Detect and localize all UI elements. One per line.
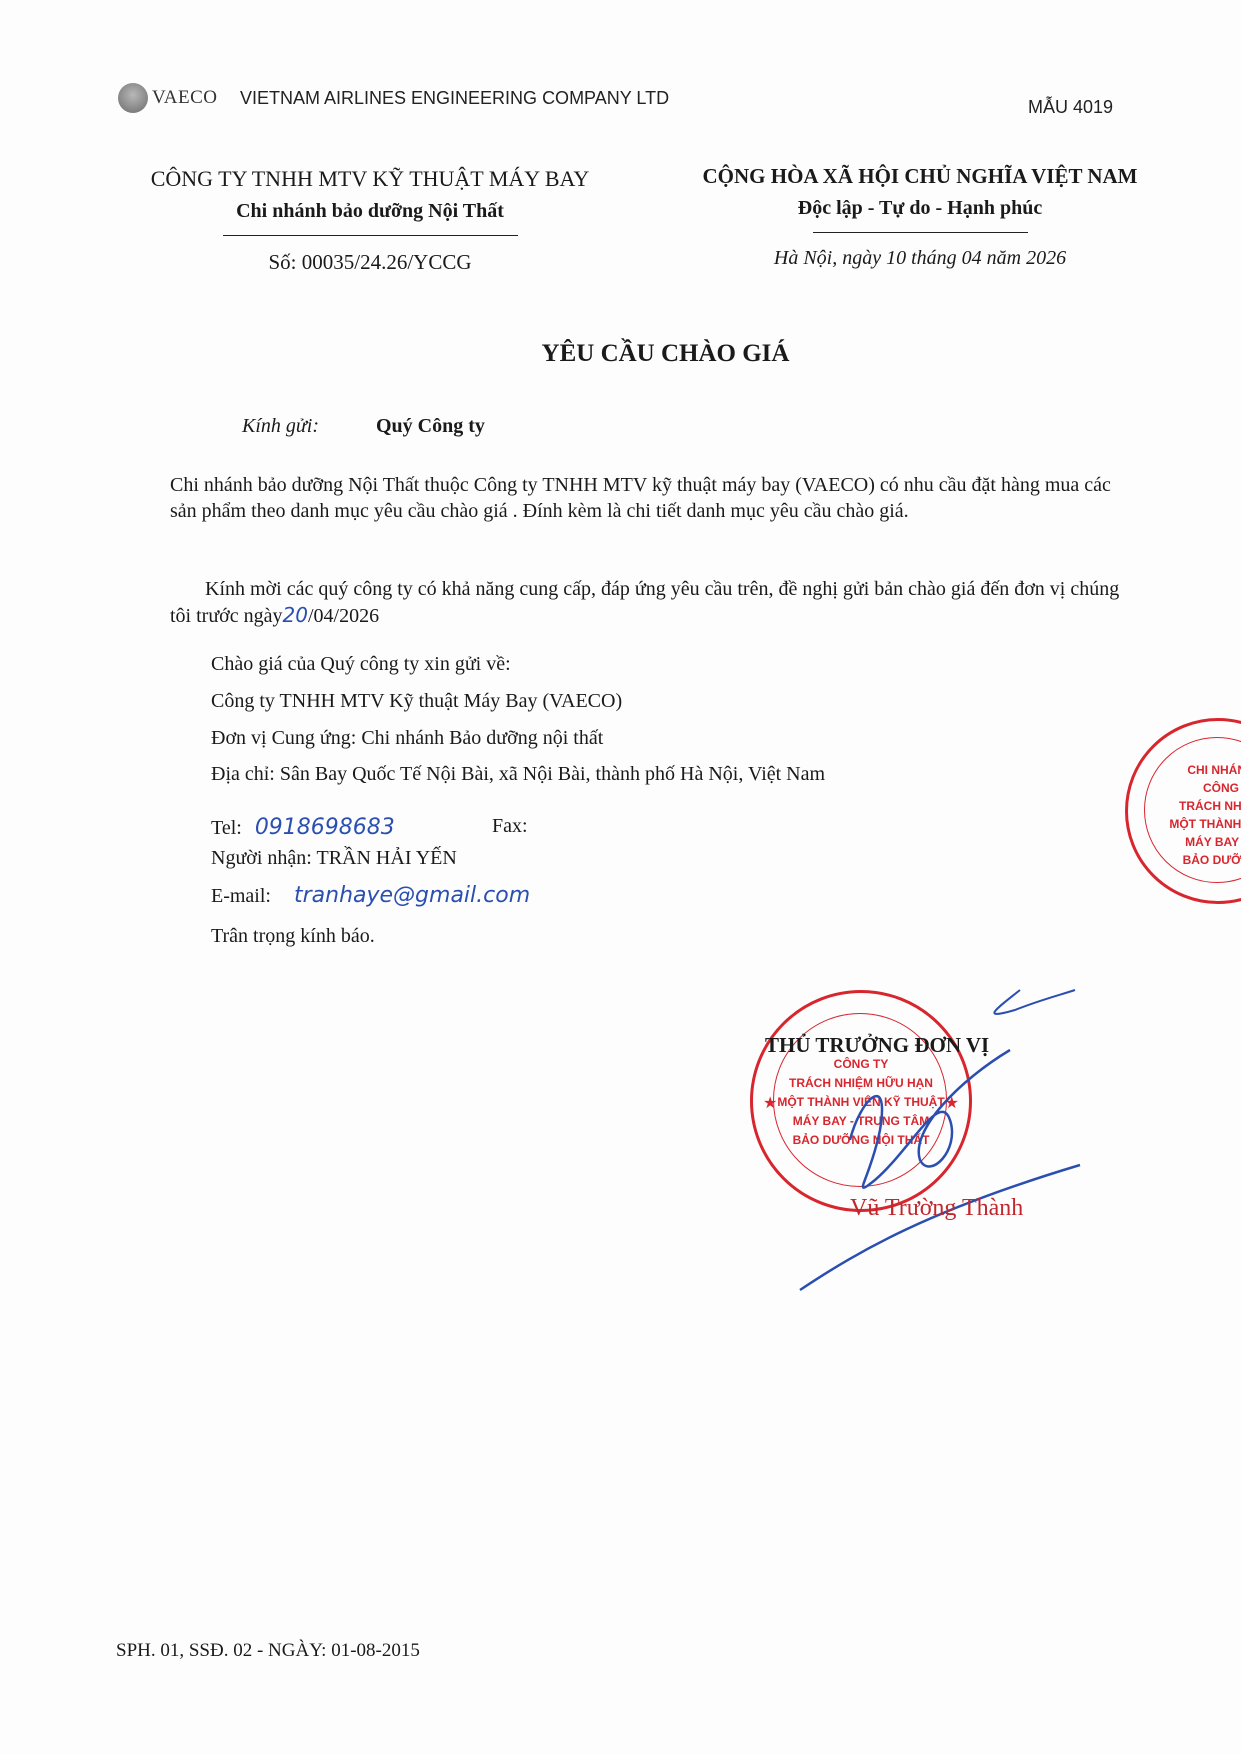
document-title: YÊU CẦU CHÀO GIÁ [0,340,1241,368]
divider [813,232,1028,233]
greeting-label: Kính gửi: [242,415,319,438]
issuer-company: CÔNG TY TNHH MTV KỸ THUẬT MÁY BAY [120,166,620,192]
logo-text: VAECO [152,87,218,109]
company-english-name: VIETNAM AIRLINES ENGINEERING COMPANY LTD [240,88,669,109]
issuer-branch: Chi nhánh bảo dưỡng Nội Thất [120,200,620,223]
star-icon: ★ [763,1093,777,1113]
vaeco-logo: VAECO [118,83,218,113]
nation-name: CỘNG HÒA XÃ HỘI CHỦ NGHĨA VIỆT NAM [690,164,1150,189]
form-footer: SPH. 01, SSĐ. 02 - NGÀY: 01-08-2015 [116,1640,420,1662]
handwritten-signature-icon [780,980,1100,1300]
tel-label: Tel: [211,817,242,839]
contact-unit: Đơn vị Cung ứng: Chi nhánh Bảo dưỡng nội… [211,727,603,750]
reference-number: Số: 00035/24.26/YCCG [120,250,620,275]
form-code: MẪU 4019 [1028,97,1113,118]
email-label: E-mail: [211,885,271,907]
tel-row: Tel: 0918698683 [211,815,395,840]
body-paragraph-2: Kính mời các quý công ty có khả năng cun… [170,576,1130,629]
contact-company: Công ty TNHH MTV Kỹ thuật Máy Bay (VAECO… [211,690,622,713]
fax-label: Fax: [492,815,528,838]
handwritten-deadline-day: 20 [283,603,308,627]
email-value-handwritten: tranhaye@gmail.com [294,883,530,908]
side-company-stamp: CHI NHÁNH CÔNG TRÁCH NHIỆM MỘT THÀNH VIÊ… [1125,718,1241,904]
lotus-logo-icon [118,83,148,113]
deadline-suffix: /04/2026 [308,605,379,627]
signer-name: Vũ Trường Thành [850,1195,1023,1222]
recipient-name: Người nhận: TRẦN HẢI YẾN [211,847,457,870]
greeting-recipient: Quý Công ty [376,415,485,438]
national-heading: CỘNG HÒA XÃ HỘI CHỦ NGHĨA VIỆT NAM Độc l… [690,164,1150,270]
email-row: E-mail: tranhaye@gmail.com [211,883,530,908]
contact-address: Địa chỉ: Sân Bay Quốc Tế Nội Bài, xã Nội… [211,763,825,786]
national-motto: Độc lập - Tự do - Hạnh phúc [690,197,1150,220]
contact-intro: Chào giá của Quý công ty xin gửi về: [211,653,511,676]
issuer-heading: CÔNG TY TNHH MTV KỸ THUẬT MÁY BAY Chi nh… [120,166,620,275]
place-date: Hà Nội, ngày 10 tháng 04 năm 2026 [690,247,1150,270]
tel-value-handwritten: 0918698683 [255,815,395,840]
closing-line: Trân trọng kính báo. [211,925,375,948]
body-paragraph-1: Chi nhánh bảo dưỡng Nội Thất thuộc Công … [170,472,1130,524]
divider [223,235,518,236]
